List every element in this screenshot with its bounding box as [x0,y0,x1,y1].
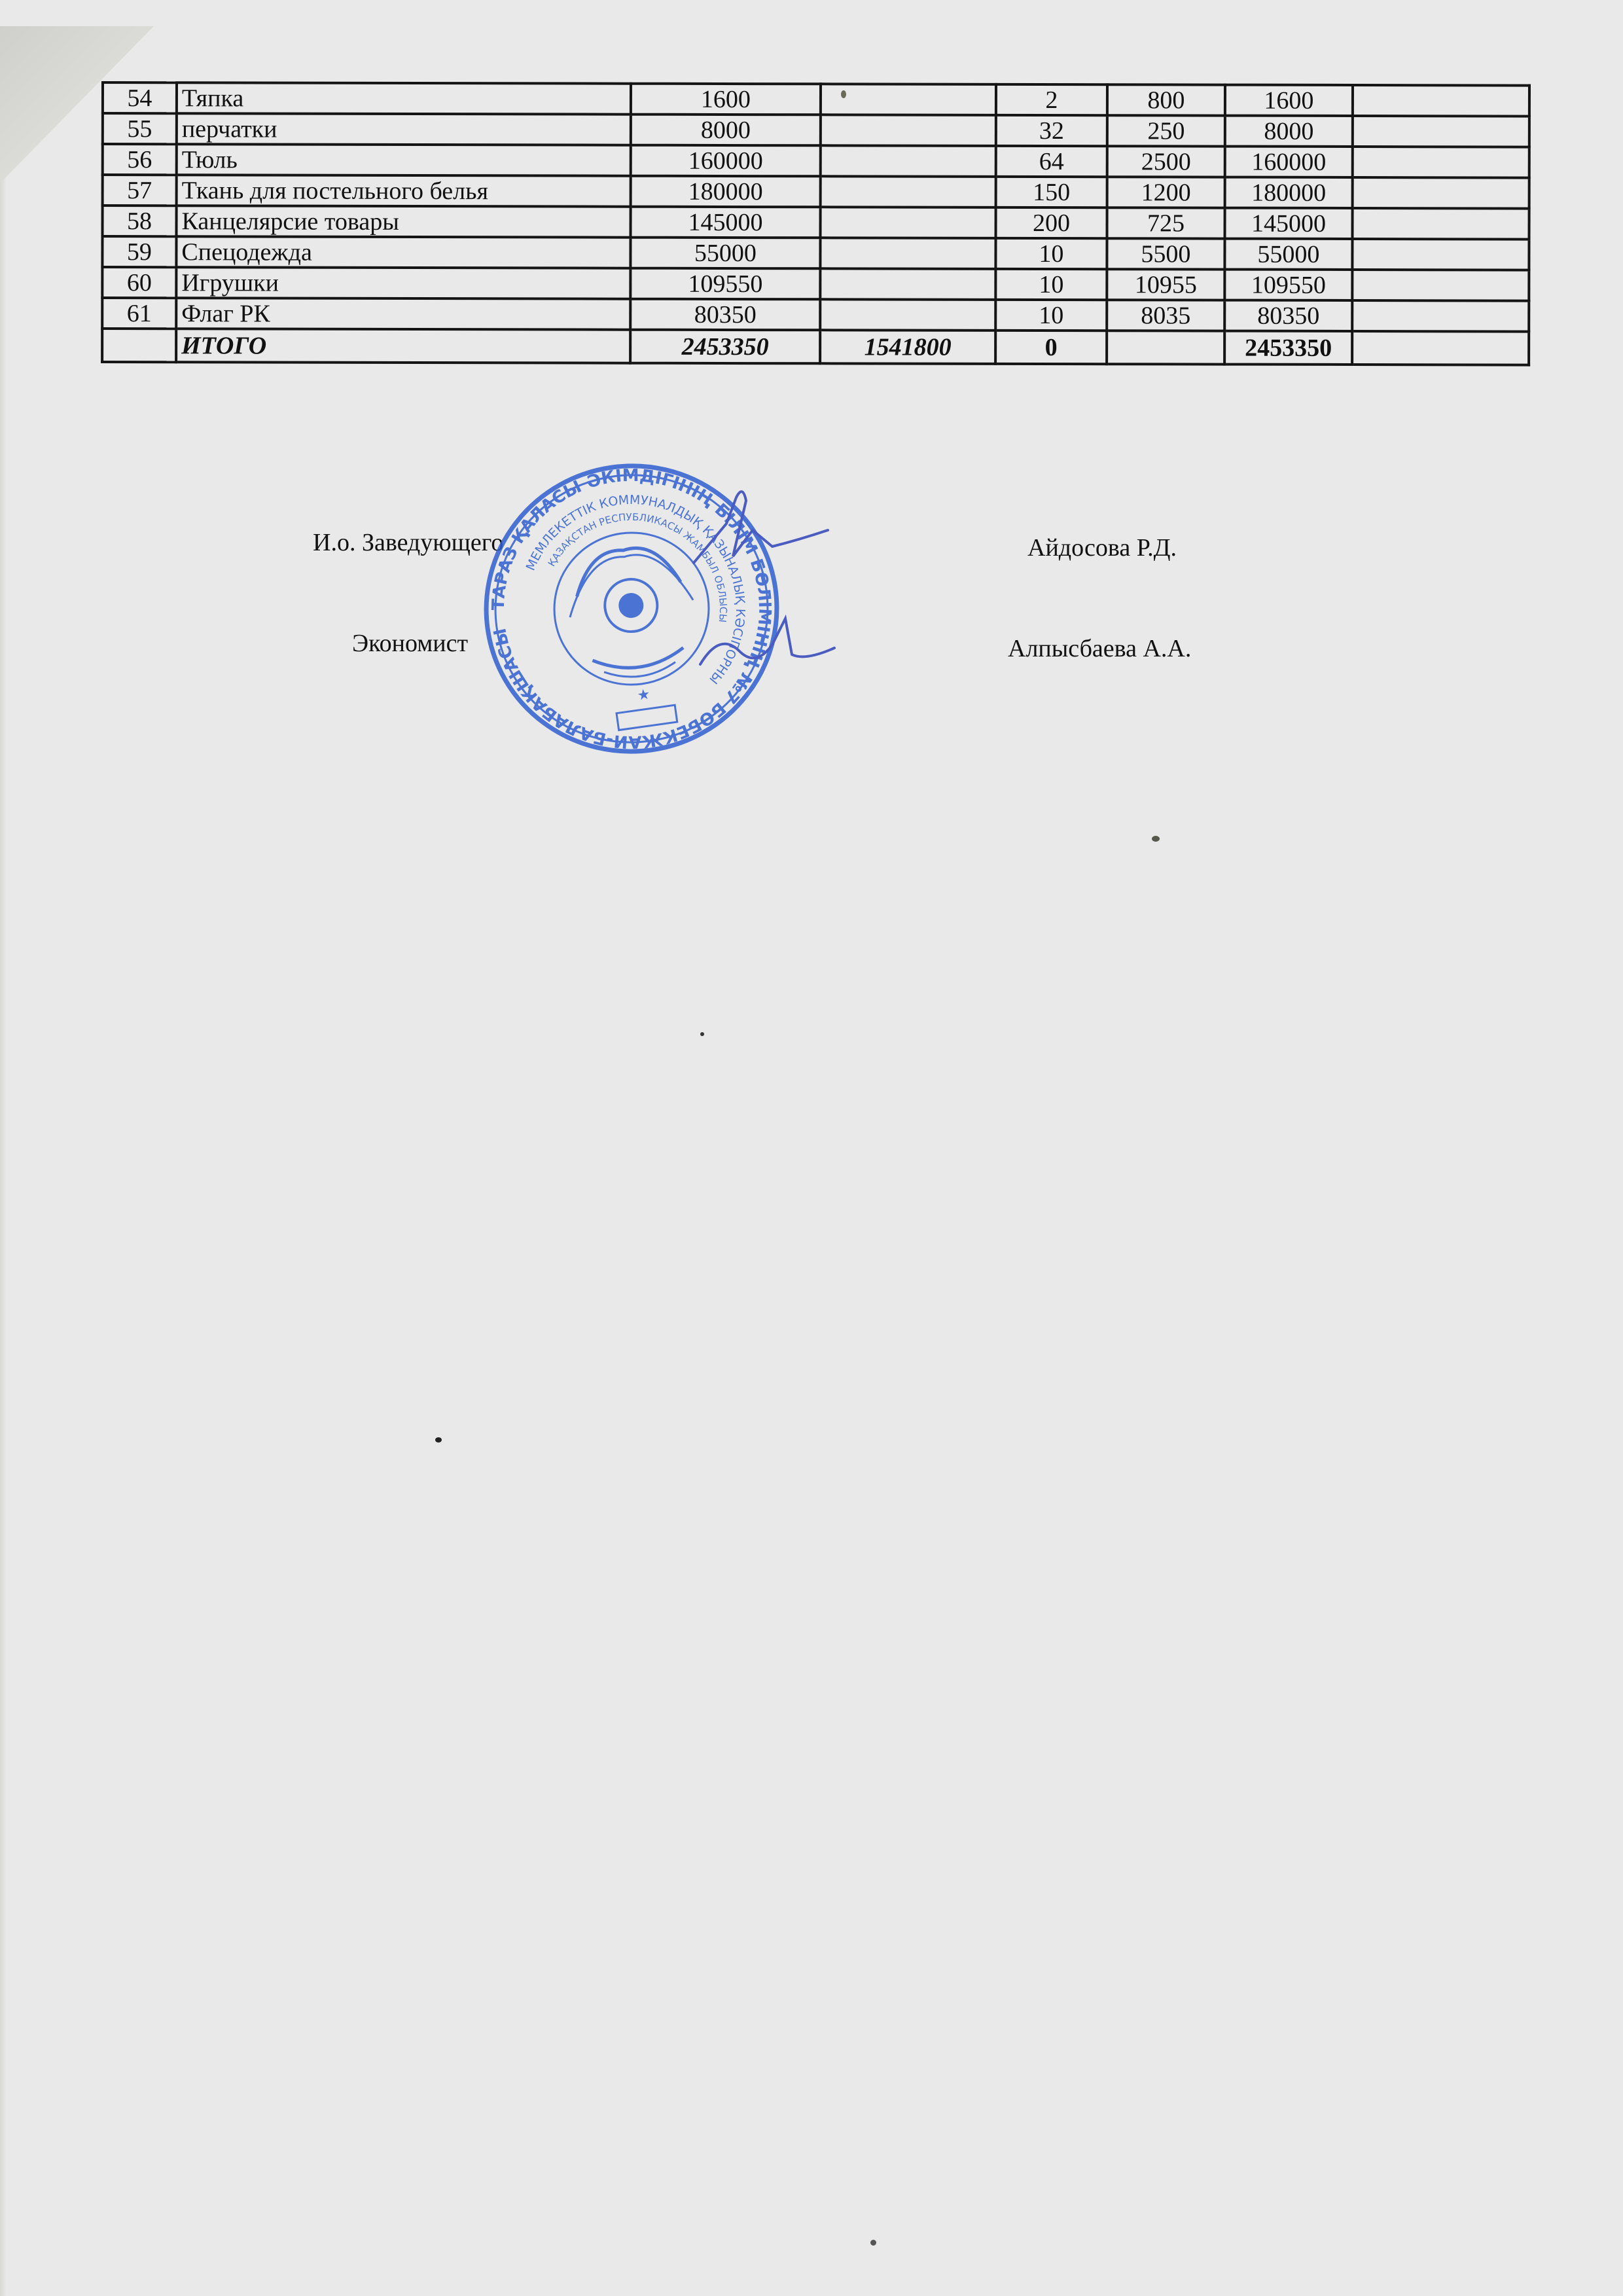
row-number-cell: 61 [102,298,176,329]
quantity-cell: 10 [995,269,1107,300]
head-signature [654,484,831,583]
table-row: 57Ткань для постельного белья18000015012… [103,175,1529,209]
planned-amount-cell: 8000 [631,115,821,146]
item-name-cell: Тяпка [177,82,631,114]
table-row: 61Флаг РК8035010803580350 [102,298,1529,332]
total-sum-cell: 160000 [1225,147,1353,177]
note-cell [1352,239,1529,270]
total-sum-cell: 2453350 [1224,331,1352,365]
table-row: 54Тяпка160028001600 [103,82,1529,117]
total-row: ИТОГО2453350154180002453350 [102,329,1529,365]
head-name: Айдосова Р.Д. [1027,534,1177,562]
item-name-cell: ИТОГО [176,329,630,363]
row-number-cell: 54 [103,82,177,113]
scan-speck [1152,836,1160,842]
economist-signature [694,605,838,677]
amount-column-4-cell [821,115,996,146]
amount-column-4-cell: 1541800 [820,330,995,364]
unit-price-cell: 800 [1107,84,1225,115]
quantity-cell: 2 [996,84,1107,115]
amount-column-4-cell [821,207,996,238]
amount-column-4-cell [820,238,995,269]
unit-price-cell: 725 [1107,207,1225,238]
total-sum-cell: 109550 [1224,270,1352,300]
planned-amount-cell: 160000 [631,145,821,177]
total-sum-cell: 1600 [1225,85,1353,116]
note-cell [1353,147,1529,178]
note-cell [1353,85,1529,117]
quantity-cell: 0 [995,331,1107,364]
amount-column-4-cell [821,84,996,115]
quantity-cell: 64 [996,146,1107,177]
table-row: 60Игрушки1095501010955109550 [102,267,1529,301]
page-scan-edge [0,26,7,2296]
item-name-cell: Игрушки [176,267,630,298]
planned-amount-cell: 55000 [630,238,820,269]
item-name-cell: Спецодежда [176,236,630,268]
planned-amount-cell: 2453350 [630,330,820,364]
table-row: 55перчатки8000322508000 [103,113,1529,147]
unit-price-cell: 5500 [1107,238,1224,269]
item-name-cell: Флаг РК [176,298,630,329]
amount-column-4-cell [820,268,995,300]
item-name-cell: Ткань для постельного белья [177,175,631,206]
amount-column-4-cell [821,176,996,207]
note-cell [1353,177,1529,209]
note-cell [1352,331,1529,365]
amount-column-4-cell [821,145,996,177]
planned-amount-cell: 109550 [630,268,820,300]
quantity-cell: 150 [996,177,1107,207]
row-number-cell: 58 [103,206,177,236]
scan-speck [841,90,846,98]
economist-position-label: Экономист [352,630,468,657]
unit-price-cell [1107,331,1224,364]
planned-amount-cell: 80350 [630,299,820,331]
scan-speck [870,2240,876,2246]
head-position-label: И.о. Заведующего [313,529,503,556]
quantity-cell: 32 [996,115,1107,146]
planned-amount-cell: 145000 [631,207,821,238]
row-number-cell: 55 [103,113,177,144]
note-cell [1352,208,1529,240]
table-row: 58Канцелярсие товары145000200725145000 [103,206,1529,240]
planned-amount-cell: 1600 [631,84,821,115]
unit-price-cell: 250 [1107,115,1225,146]
svg-text:★: ★ [636,685,651,704]
items-table: 54Тяпка16002800160055перчатки80003225080… [101,81,1531,367]
unit-price-cell: 1200 [1107,177,1225,207]
unit-price-cell: 2500 [1107,146,1225,177]
row-number-cell: 57 [103,175,177,206]
scan-speck [435,1437,442,1443]
item-name-cell: Тюль [177,144,631,175]
row-number-cell: 56 [103,144,177,175]
row-number-cell [102,329,176,362]
planned-amount-cell: 180000 [631,176,821,207]
total-sum-cell: 55000 [1224,239,1352,270]
total-sum-cell: 8000 [1225,116,1353,147]
note-cell [1352,300,1529,332]
quantity-cell: 10 [995,300,1107,331]
total-sum-cell: 180000 [1225,177,1353,208]
note-cell [1352,270,1529,301]
economist-name: Алпысбаева А.А. [1008,635,1191,662]
total-sum-cell: 80350 [1224,300,1352,331]
quantity-cell: 10 [995,238,1107,269]
scan-speck [700,1032,704,1036]
item-name-cell: перчатки [177,113,631,145]
unit-price-cell: 8035 [1107,300,1224,331]
unit-price-cell: 10955 [1107,269,1224,300]
note-cell [1353,116,1529,147]
total-sum-cell: 145000 [1224,208,1352,239]
item-name-cell: Канцелярсие товары [177,206,631,237]
row-number-cell: 60 [102,267,176,298]
table-row: 59Спецодежда5500010550055000 [102,236,1529,270]
amount-column-4-cell [820,299,995,331]
table-row: 56Тюль160000642500160000 [103,144,1529,178]
row-number-cell: 59 [102,236,176,267]
quantity-cell: 200 [996,207,1107,238]
